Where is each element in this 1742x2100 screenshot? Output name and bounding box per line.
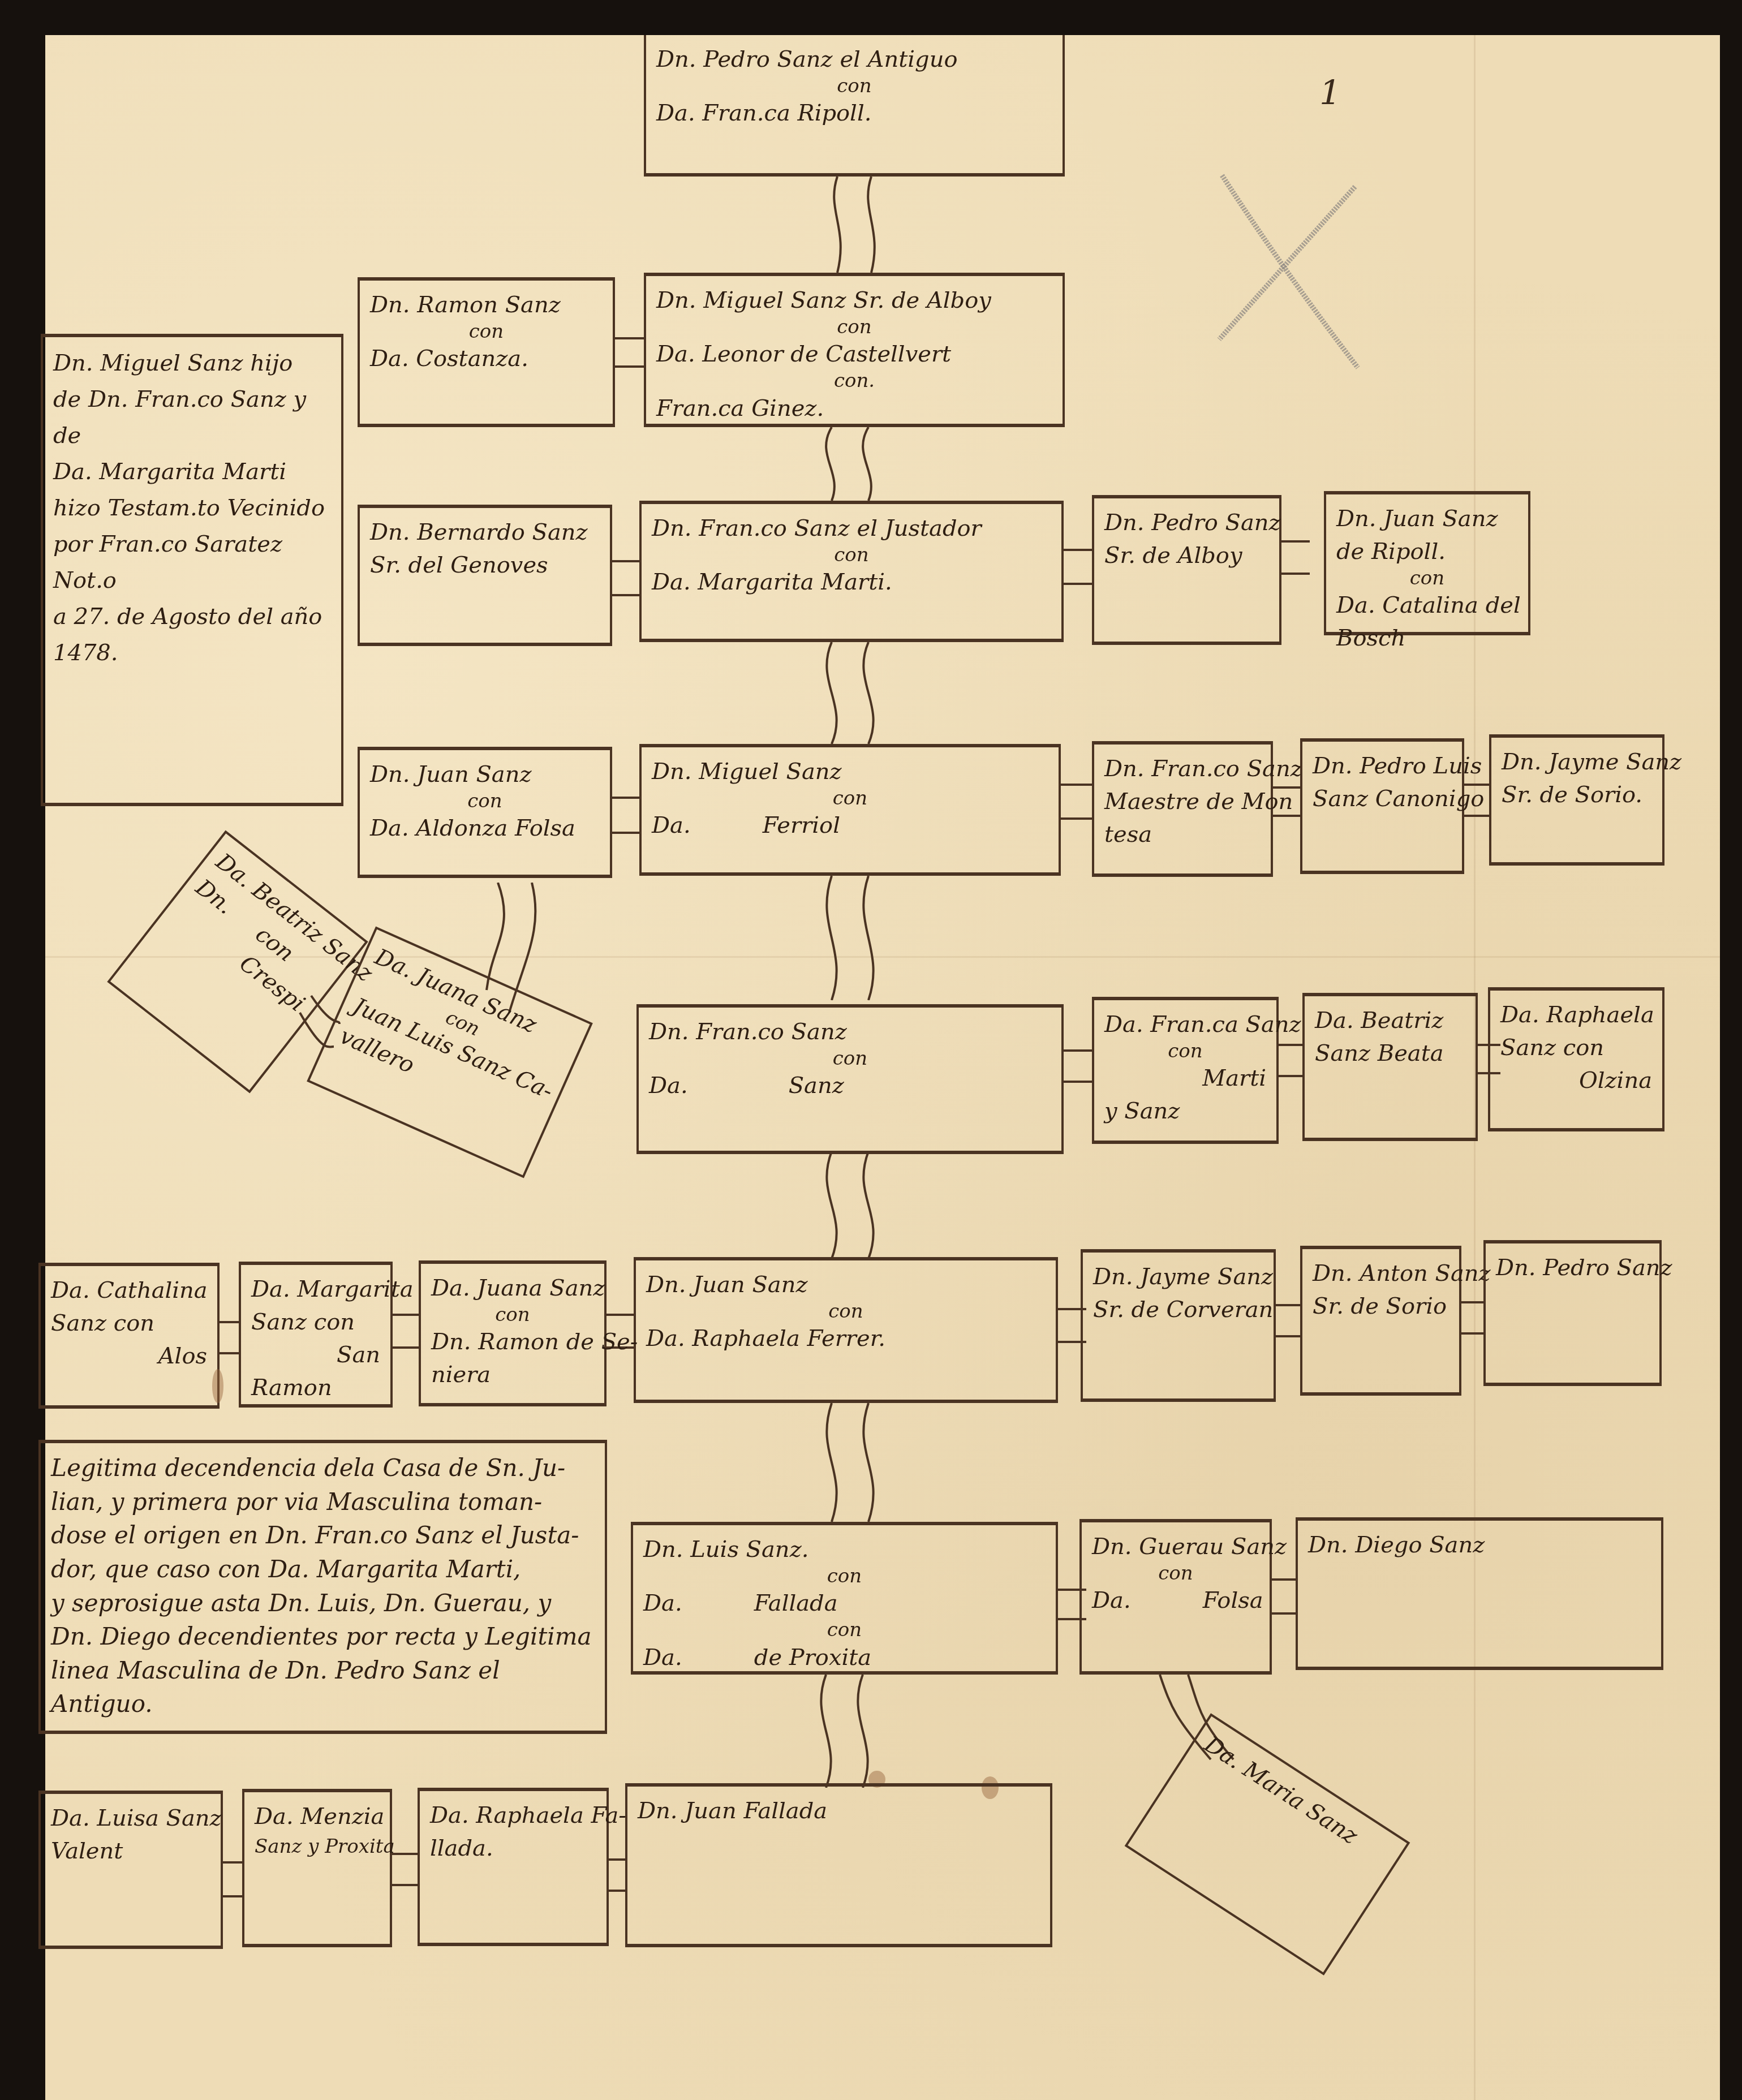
spouse-name: Bosch (1336, 622, 1518, 655)
title-text: Sr. de Alboy (1104, 539, 1269, 572)
person-name: Da. Beatriz (1315, 1004, 1465, 1037)
person-name: Dn. Pedro Sanz (1104, 506, 1269, 539)
con-label: con (431, 1305, 594, 1326)
sibling-connector (611, 832, 640, 834)
gen4-main-box: Dn. Fran.co Sanz con Da. Sanz (636, 1004, 1064, 1154)
gen6-right-sibling-box: Dn. Diego Sanz (1296, 1517, 1663, 1670)
sibling-connector (1270, 1612, 1296, 1615)
lineage-connector (815, 427, 883, 501)
gen4-right-sibling-box: Da. Raphaela Sanz con Olzina (1488, 987, 1664, 1131)
spouse-name: Da. Ferriol (652, 809, 1048, 842)
gen7-left-sibling-box: Da. Raphaela Fa- llada. (418, 1788, 609, 1946)
gen2-right-sibling-box: Dn. Pedro Sanz Sr. de Alboy (1092, 495, 1281, 645)
sibling-connector (222, 1895, 243, 1897)
title-text: Sr. de Sorio. (1502, 778, 1652, 811)
sibling-connector (218, 1321, 240, 1323)
gen1-main-box: Dn. Miguel Sanz Sr. de Alboy con Da. Leo… (644, 273, 1065, 427)
sibling-connector (1273, 815, 1300, 817)
note-line: Antiguo. (51, 1687, 595, 1721)
title-text: Sanz Canonigo (1313, 782, 1452, 815)
gen5-main-box: Dn. Juan Sanz con Da. Raphaela Ferrer. (634, 1257, 1058, 1403)
spouse-name: Da. de Proxita (643, 1641, 1046, 1674)
spouse-name: Da. Leonor de Castellvert (656, 338, 1052, 371)
gen5-left-sibling-box: Da. Margarita Sanz con San Ramon (239, 1262, 393, 1408)
pencil-x-mark-icon (1216, 170, 1364, 373)
person-name: Dn. Anton Sanz (1313, 1257, 1449, 1290)
lineage-title-note: Legitima decendencia dela Casa de Sn. Ju… (38, 1440, 607, 1734)
spouse-name: Alos (51, 1340, 207, 1372)
spouse-name: Da. Raphaela Ferrer. (646, 1322, 1046, 1355)
person-name: Dn. Fran.co Sanz el Justador (652, 512, 1051, 545)
sibling-connector (1278, 1044, 1303, 1046)
person-name: Dn. Bernardo Sanz (370, 516, 600, 549)
con-label: con (656, 76, 1052, 97)
note-line: 1478. (53, 635, 331, 671)
sibling-connector (611, 594, 640, 596)
lineage-connector (809, 1675, 877, 1788)
person-name: Dn. Pedro Sanz (1496, 1251, 1649, 1284)
lineage-connector (815, 876, 883, 1000)
gen3-right-sibling-box: Dn. Fran.co Sanz Maestre de Mon tesa (1092, 741, 1273, 877)
person-name: Da. Cathalina (51, 1274, 207, 1307)
gen4-right-sibling-box: Da. Fran.ca Sanz con Marti y Sanz (1092, 997, 1279, 1144)
person-name: Dn. Pedro Luis (1313, 750, 1452, 782)
note-line: Dn. Miguel Sanz hijo (53, 345, 331, 381)
sibling-connector (390, 1884, 419, 1886)
note-line: por Fran.co Saratez Not.o (53, 526, 331, 599)
person-name: Da. Margarita (251, 1273, 380, 1306)
sibling-connector (611, 560, 640, 562)
gen6-main-box: Dn. Luis Sanz. con Da. Fallada con Da. d… (631, 1522, 1058, 1675)
spouse-name: Fran.ca Ginez. (656, 392, 1052, 425)
person-name: Dn. Miguel Sanz Sr. de Alboy (656, 284, 1052, 317)
person-name: llada. (430, 1832, 596, 1865)
gen3-left-sibling-box: Dn. Juan Sanz con Da. Aldonza Folsa (358, 747, 612, 878)
con-label: con. (656, 371, 1052, 391)
spouse-name: niera (431, 1358, 594, 1391)
spouse-name: Da. Fallada (643, 1587, 1046, 1620)
sibling-connector (1064, 549, 1093, 551)
sibling-connector (1461, 1301, 1484, 1303)
person-name: Valent (51, 1835, 210, 1867)
person-name: Dn. Diego Sanz (1308, 1529, 1651, 1561)
note-line: de Dn. Fran.co Sanz y de (53, 381, 331, 454)
gen6-right-sibling-box: Dn. Guerau Sanz con Da. Folsa (1079, 1519, 1272, 1675)
person-name: Dn. Jayme Sanz (1502, 746, 1652, 778)
spouse-name: Ramon (251, 1371, 380, 1404)
con-label: con (646, 1301, 1046, 1322)
sibling-connector (608, 1890, 626, 1892)
con-label: con (1092, 1563, 1259, 1584)
sibling-connector (614, 337, 645, 339)
person-name: Dn. Fran.co Sanz (1104, 752, 1261, 785)
note-line: lian, y primera por via Masculina toman- (51, 1485, 595, 1519)
gen5-left-sibling-box: Da. Cathalina Sanz con Alos (38, 1263, 220, 1409)
spouse-name: Sanz con (251, 1306, 380, 1339)
spouse-name: Marti (1104, 1062, 1266, 1095)
person-name: Dn. Juan Sanz (1336, 502, 1518, 535)
title-text: Sr. del Genoves (370, 549, 600, 582)
person-name: Dn. Ramon Sanz (370, 289, 603, 321)
gen5-right-sibling-box: Dn. Jayme Sanz Sr. de Corveran (1081, 1249, 1276, 1402)
sibling-connector (1464, 815, 1490, 817)
root-ancestor-box: Dn. Pedro Sanz el Antiguo con Da. Fran.c… (644, 35, 1065, 177)
lineage-connector (815, 642, 883, 744)
person-name: Da. Juana Sanz (431, 1272, 594, 1305)
con-label: con (1104, 1041, 1266, 1062)
sibling-connector (611, 797, 640, 799)
lineage-connector (815, 1151, 883, 1259)
note-line: linea Masculina de Dn. Pedro Sanz el (51, 1654, 595, 1688)
spouse-name: Da. Catalina del (1336, 589, 1518, 622)
person-name: Dn. Luis Sanz. (643, 1533, 1046, 1566)
sibling-connector (1064, 583, 1093, 585)
gen3-right-sibling-box: Dn. Jayme Sanz Sr. de Sorio. (1489, 734, 1664, 866)
lineage-connector (815, 1403, 883, 1522)
gen2-main-box: Dn. Fran.co Sanz el Justador con Da. Mar… (639, 501, 1064, 642)
gen2-right-sibling-box: Dn. Juan Sanz de Ripoll. con Da. Catalin… (1324, 491, 1530, 635)
note-line: Da. Margarita Marti (53, 454, 331, 490)
title-text: de Ripoll. (1336, 535, 1518, 568)
spouse-name: Dn. Ramon de Se- (431, 1326, 594, 1358)
note-line: Dn. Diego decendientes por recta y Legit… (51, 1620, 595, 1654)
person-name: Da. Raphaela (1500, 999, 1652, 1031)
person-name: Dn. Juan Sanz (646, 1268, 1046, 1301)
testament-note-box: Dn. Miguel Sanz hijo de Dn. Fran.co Sanz… (41, 334, 343, 806)
con-label: con (649, 1048, 1051, 1069)
ink-stain (212, 1369, 223, 1403)
gen1-sibling-box: Dn. Ramon Sanz con Da. Costanza. (358, 277, 615, 427)
sibling-connector (392, 1314, 420, 1316)
person-name: Da. Raphaela Fa- (430, 1799, 596, 1832)
con-label: con (656, 317, 1052, 338)
sibling-connector (1270, 1578, 1296, 1581)
gen5-right-sibling-box: Dn. Anton Sanz Sr. de Sorio (1300, 1246, 1461, 1396)
con-label: con (643, 1566, 1046, 1587)
gen3-right-sibling-box: Dn. Pedro Luis Sanz Canonigo (1300, 738, 1464, 874)
sibling-connector (1061, 784, 1092, 786)
sibling-connector (1281, 540, 1310, 543)
person-name: Dn. Jayme Sanz (1093, 1260, 1263, 1293)
sibling-connector (392, 1346, 420, 1349)
spouse-name: Da. Costanza. (370, 342, 603, 375)
title-text: Sanz Beata (1315, 1037, 1465, 1070)
note-line: dor, que caso con Da. Margarita Marti, (51, 1552, 595, 1586)
sibling-connector (1278, 1075, 1303, 1077)
sibling-connector (1273, 786, 1300, 789)
note-line: y seprosigue asta Dn. Luis, Dn. Guerau, … (51, 1586, 595, 1620)
person-name: Da. Fran.ca Sanz (1104, 1008, 1266, 1041)
con-label: con (370, 791, 600, 812)
sibling-connector (222, 1861, 243, 1864)
sibling-connector (1461, 1332, 1484, 1335)
title-text: Sr. de Sorio (1313, 1290, 1449, 1323)
spouse-name: Sanz con (1500, 1031, 1652, 1064)
con-label: con (1336, 568, 1518, 589)
sibling-connector (1276, 1304, 1301, 1306)
person-name: Dn. Guerau Sanz (1092, 1530, 1259, 1563)
person-name: Dn. Juan Sanz (370, 758, 600, 791)
con-label: con (643, 1620, 1046, 1641)
sibling-connector (1064, 1049, 1093, 1052)
gen2-left-sibling-box: Dn. Bernardo Sanz Sr. del Genoves (358, 505, 612, 646)
gen4-right-sibling-box: Da. Beatriz Sanz Beata (1302, 993, 1478, 1141)
spouse-name: Sanz con (51, 1307, 207, 1340)
spouse-name: Da. Folsa (1092, 1584, 1259, 1617)
title-text: Maestre de Mon (1104, 785, 1261, 818)
title-text: Sr. de Corveran (1093, 1293, 1263, 1326)
person-name: Da. Luisa Sanz (51, 1802, 210, 1835)
note-line: Legitima decendencia dela Casa de Sn. Ju… (51, 1451, 595, 1485)
gen7-left-sibling-box: Da. Luisa Sanz Valent (38, 1791, 223, 1949)
sibling-connector (1276, 1335, 1301, 1337)
sibling-connector (1281, 573, 1310, 575)
con-label: con (652, 788, 1048, 809)
person-name: Sanz y Proxita (255, 1833, 380, 1861)
person-name: Dn. Miguel Sanz (652, 755, 1048, 788)
spouse-name: Da. Fran.ca Ripoll. (656, 97, 1052, 130)
spouse-name: y Sanz (1104, 1095, 1266, 1128)
gen3-main-box: Dn. Miguel Sanz con Da. Ferriol (639, 744, 1061, 876)
sibling-connector (1061, 817, 1092, 820)
person-name: Da. Menzia (255, 1800, 380, 1833)
spouse-name: San (251, 1339, 380, 1371)
sibling-connector (1464, 784, 1490, 786)
title-text: tesa (1104, 818, 1261, 851)
page-number: 1 (1319, 74, 1341, 113)
sibling-connector (608, 1858, 626, 1861)
gen5-left-sibling-box: Da. Juana Sanz con Dn. Ramon de Se- nier… (419, 1260, 607, 1406)
gen5-right-sibling-box: Dn. Pedro Sanz (1483, 1240, 1662, 1386)
spouse-name: Da. Sanz (649, 1069, 1051, 1102)
sibling-connector (218, 1352, 240, 1354)
person-name: Dn. Juan Fallada (638, 1795, 1040, 1827)
person-name: Dn. Fran.co Sanz (649, 1015, 1051, 1048)
note-line: a 27. de Agosto del año (53, 599, 331, 635)
note-line: dose el origen en Dn. Fran.co Sanz el Ju… (51, 1518, 595, 1552)
con-label: con (652, 545, 1051, 566)
sibling-connector (605, 1314, 635, 1316)
spouse-name: Da. Aldonza Folsa (370, 812, 600, 845)
gen7-main-box: Dn. Juan Fallada (625, 1783, 1052, 1947)
sibling-connector (614, 365, 645, 368)
note-line: hizo Testam.to Vecinido (53, 490, 331, 526)
gen7-left-sibling-box: Da. Menzia Sanz y Proxita (242, 1789, 392, 1947)
sibling-connector (1064, 1081, 1093, 1083)
spouse-name: Olzina (1500, 1064, 1652, 1097)
lineage-connector (826, 177, 894, 273)
spouse-name: Da. Margarita Marti. (652, 566, 1051, 599)
person-name: Dn. Pedro Sanz el Antiguo (656, 43, 1052, 76)
con-label: con (370, 321, 603, 342)
